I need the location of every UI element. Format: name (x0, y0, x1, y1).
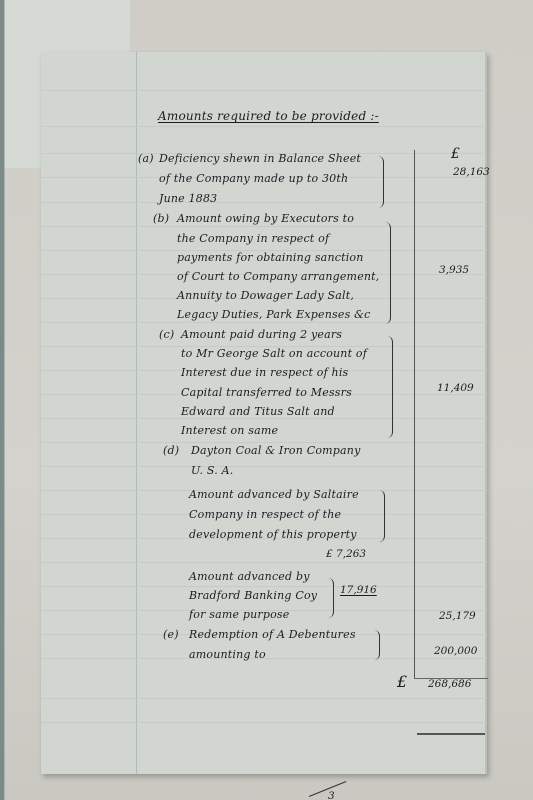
brace (378, 490, 385, 542)
item-a-label: (a) (138, 152, 154, 165)
item-d2-amount: 17,916 (340, 584, 377, 596)
brace (386, 336, 393, 438)
margin-line (136, 52, 137, 774)
ruled-line (41, 418, 487, 419)
item-d-amount: 25,179 (439, 610, 476, 622)
item-d2-line: for same purpose (189, 608, 290, 621)
item-b-line: of Court to Company arrangement, (177, 270, 380, 283)
document-page: Amounts required to be provided :- £ (a)… (41, 52, 487, 774)
item-d-label: (d) (163, 444, 179, 457)
item-d1-line: Amount advanced by Saltaire (189, 488, 359, 501)
item-b-line: Amount owing by Executors to (177, 212, 354, 225)
item-b-line: Annuity to Dowager Lady Salt, (177, 289, 354, 302)
item-a-line: Deficiency shewn in Balance Sheet (159, 152, 361, 165)
total-amount: 268,686 (428, 678, 471, 690)
item-b-line: the Company in respect of (177, 232, 329, 245)
currency-header: £ (451, 146, 460, 162)
item-a-line: June 1883 (159, 192, 217, 205)
ruled-line (41, 698, 487, 699)
item-a-amount: 28,163 (453, 166, 490, 178)
item-d1-line: development of this property (189, 528, 357, 541)
item-c-label: (c) (159, 328, 174, 341)
item-c-line: Capital transferred to Messrs (181, 386, 352, 399)
total-underline (417, 733, 485, 735)
ruled-line (41, 586, 487, 587)
item-e-amount: 200,000 (434, 645, 477, 657)
item-b-label: (b) (153, 212, 169, 225)
item-e-label: (e) (163, 628, 179, 641)
item-d1-line: Company in respect of the (189, 508, 341, 521)
item-d2-line: Amount advanced by (189, 570, 310, 583)
ruled-line (41, 126, 487, 127)
ruled-line (41, 322, 487, 323)
brace (377, 156, 384, 208)
brace (373, 630, 380, 660)
ruled-line (41, 562, 487, 563)
document-heading: Amounts required to be provided :- (158, 109, 379, 123)
item-c-line: Edward and Titus Salt and (181, 405, 335, 418)
total-currency-symbol: £ (397, 672, 407, 691)
item-e-line: Redemption of A Debentures (189, 628, 356, 641)
ruled-line (41, 90, 487, 91)
ruled-line (41, 722, 487, 723)
item-c-line: Interest on same (181, 424, 278, 437)
brace (384, 222, 391, 324)
item-c-amount: 11,409 (437, 382, 474, 394)
item-a-line: of the Company made up to 30th (159, 172, 348, 185)
item-c-line: Interest due in respect of his (181, 366, 348, 379)
ruled-line (41, 202, 487, 203)
item-b-line: payments for obtaining sanction (177, 251, 364, 264)
money-column-rule (414, 150, 415, 678)
item-d-line: Dayton Coal & Iron Company (191, 444, 361, 457)
page-number: 3 (328, 790, 335, 800)
item-b-line: Legacy Duties, Park Expenses &c (177, 308, 370, 321)
ruled-line (41, 466, 487, 467)
item-e-line: amounting to (189, 648, 266, 661)
brace (327, 578, 334, 618)
item-c-line: to Mr George Salt on account of (181, 347, 367, 360)
item-d1-amount: £ 7,263 (326, 548, 366, 560)
ruled-line (41, 226, 487, 227)
ruled-line (41, 442, 487, 443)
item-d2-line: Bradford Banking Coy (189, 589, 317, 602)
item-c-line: Amount paid during 2 years (181, 328, 342, 341)
item-b-amount: 3,935 (439, 264, 469, 276)
item-d-line: U. S. A. (191, 464, 233, 477)
